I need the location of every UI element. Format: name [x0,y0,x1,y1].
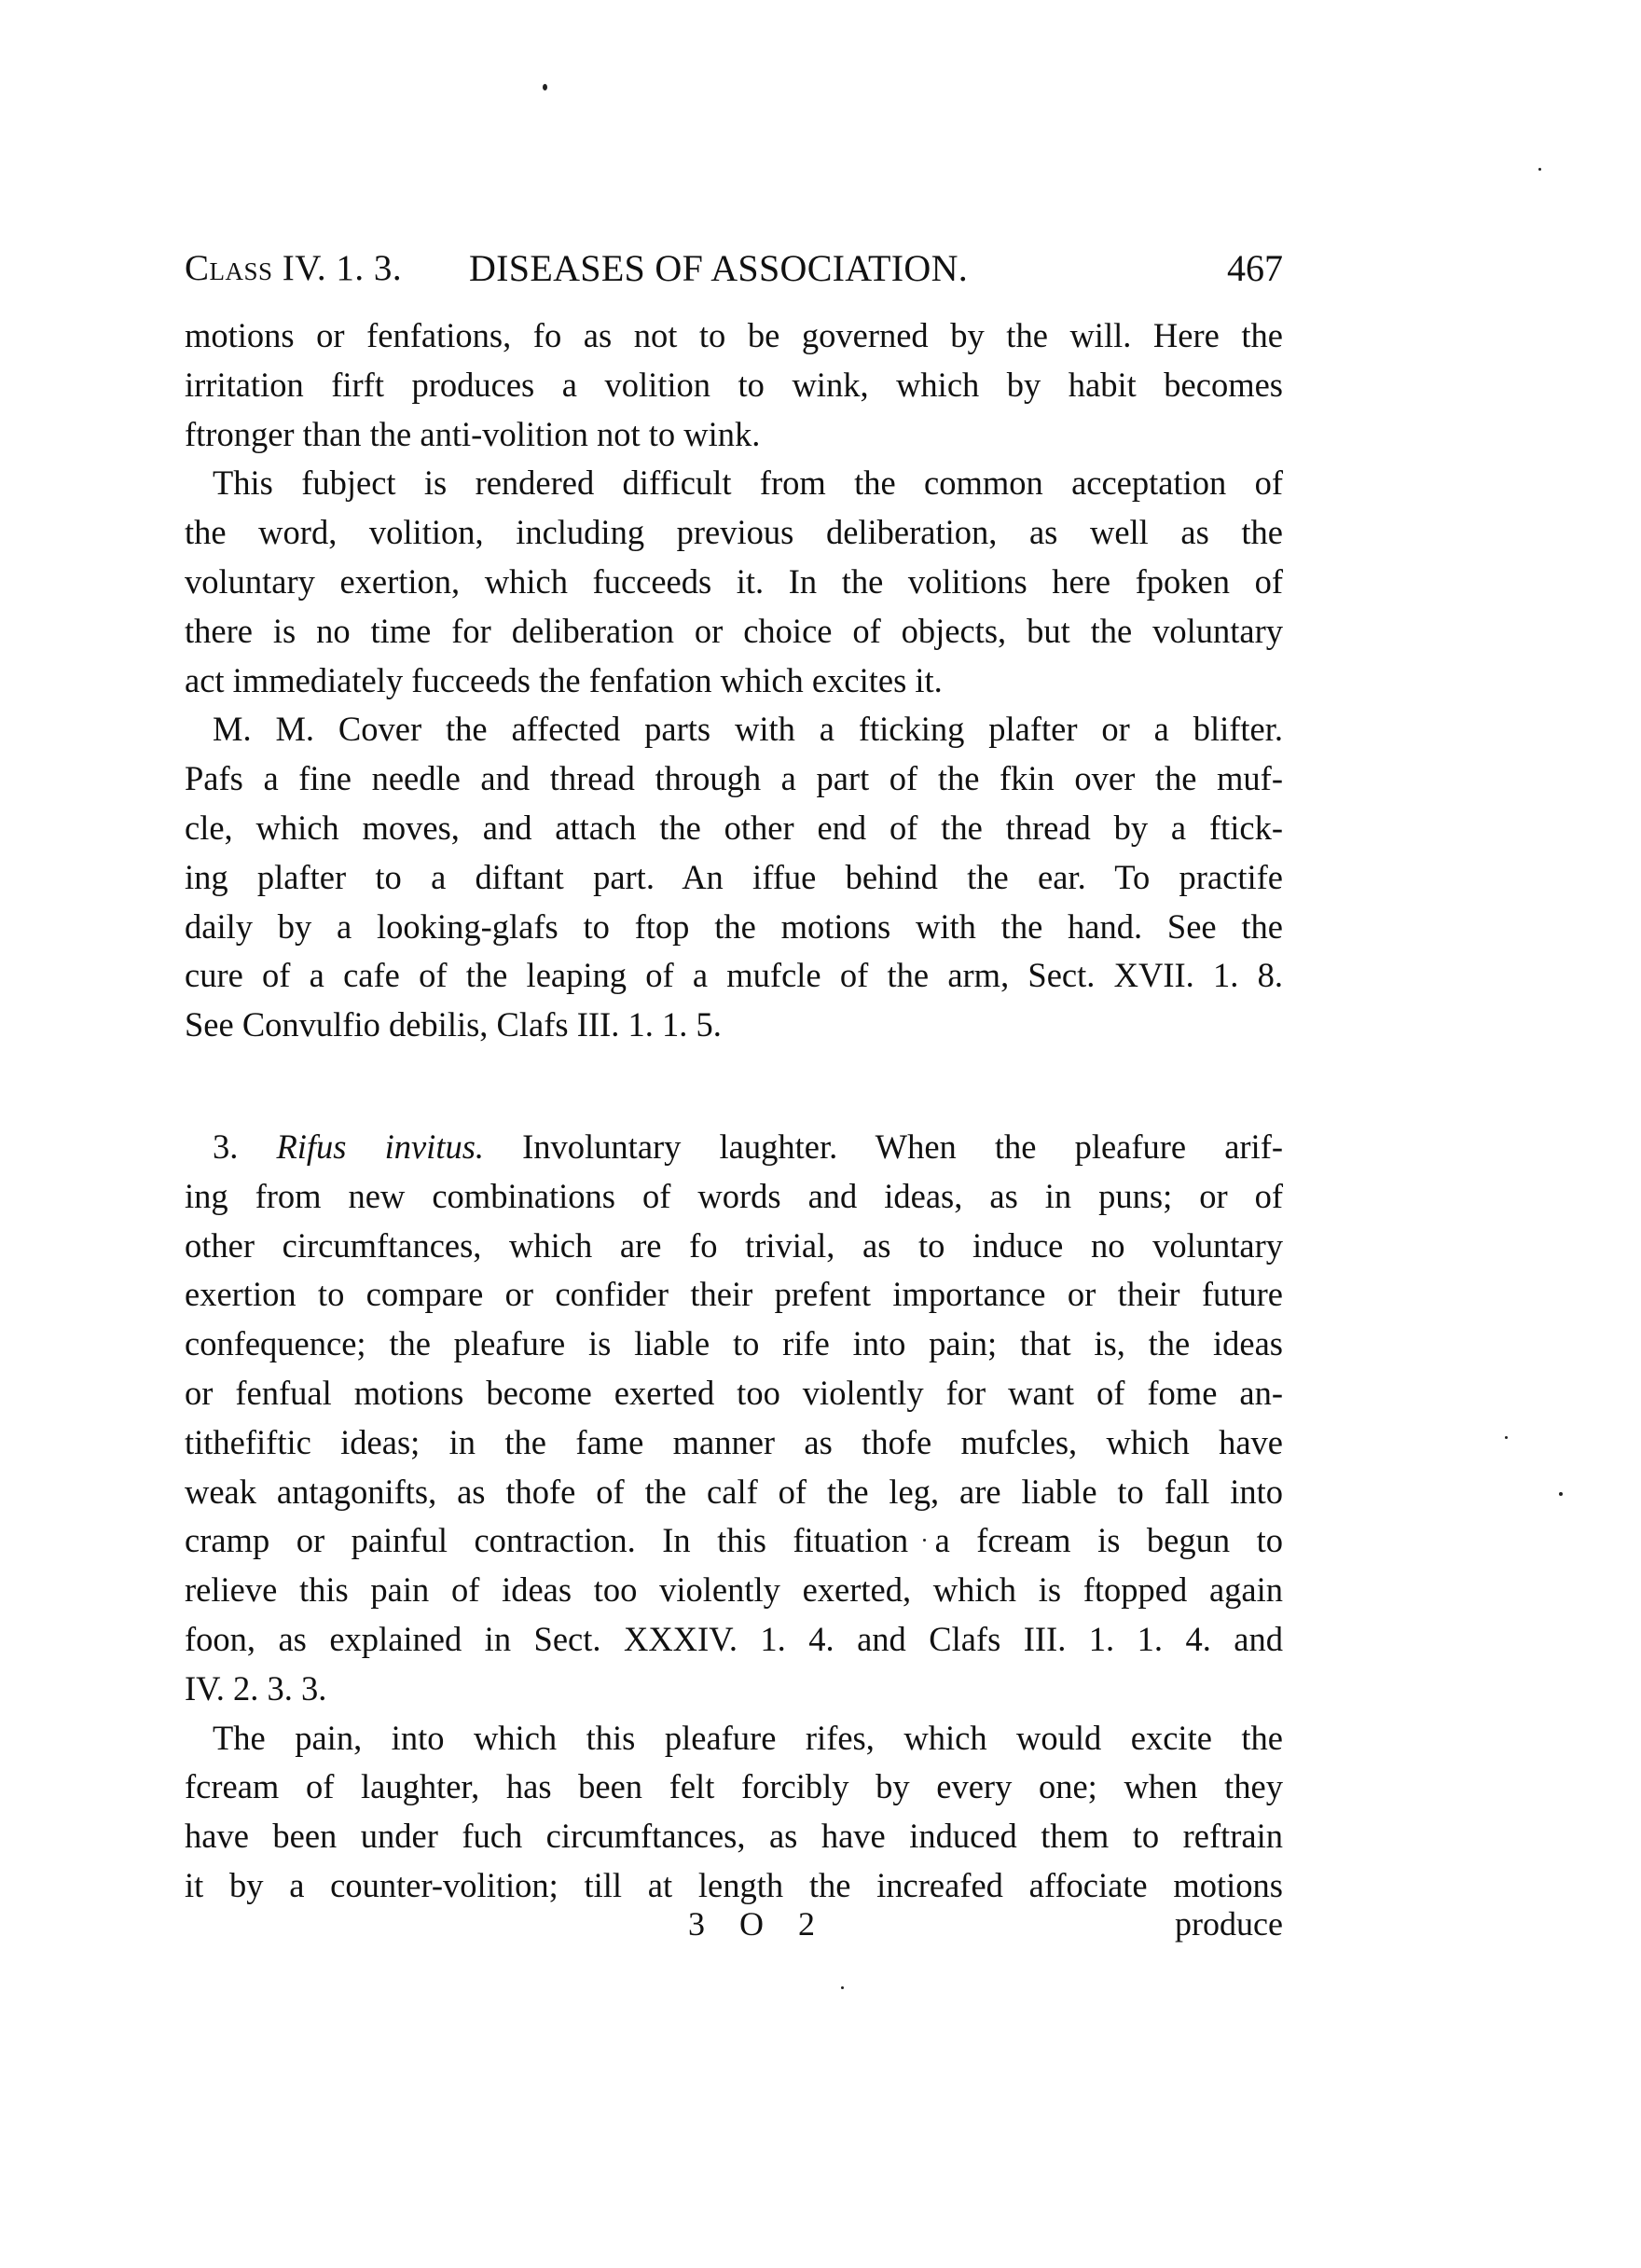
text-line: irritation firft produces a volition to … [185,361,1283,410]
text-line: ing from new combinations of words and i… [185,1172,1283,1222]
scan-speck [1559,1492,1563,1496]
text-line: See Convulfio debilis, Clafs III. 1. 1. … [185,1001,1283,1050]
text-line: the word, volition, including previous d… [185,508,1283,558]
text-line: ing plafter to a diftant part. An iffue … [185,853,1283,903]
text-line: ftronger than the anti-volition not to w… [185,410,1283,460]
text-line: confequence; the pleafure is liable to r… [185,1320,1283,1369]
catchword: produce [1175,1904,1283,1943]
text-line: or fenfual motions become exerted too vi… [185,1369,1283,1418]
text-line: other circumftances, which are fo trivia… [185,1222,1283,1271]
text-line: there is no time for deliberation or cho… [185,607,1283,657]
section-number: 3. [213,1127,238,1166]
text-line: daily by a looking-glafs to ftop the mot… [185,903,1283,952]
scan-speck [1505,1436,1508,1439]
paragraph: motions or fenfations, fo as not to be g… [185,311,1283,459]
text-line: IV. 2. 3. 3. [185,1665,1283,1714]
text-line: This fubject is rendered difficult from … [185,459,1283,508]
page-number: 467 [1227,241,1283,297]
text-line: voluntary exertion, which fucceeds it. I… [185,558,1283,607]
page-footer: 3 O 2 produce [185,1904,1283,1957]
printer-signature-mark: 3 O 2 [688,1904,828,1943]
text-line: tithefiftic ideas; in the fame manner as… [185,1418,1283,1468]
text-line: cle, which moves, and attach the other e… [185,804,1283,853]
latin-term: Rifus invitus. [276,1127,484,1166]
paragraph-method-of-medicine: M. M. Cover the affected parts with a ft… [185,705,1283,1050]
chapter-title: DISEASES OF ASSOCIATION. [469,241,968,297]
running-header: Class IV. 1. 3. DISEASES OF ASSOCIATION.… [185,241,1283,297]
paragraph: This fubject is rendered difficult from … [185,459,1283,705]
scan-speck [543,84,547,90]
scan-speck [923,1539,926,1542]
text-line: cure of a cafe of the leaping of a mufcl… [185,951,1283,1001]
text-line: Pafs a fine needle and thread through a … [185,754,1283,804]
text-line: M. M. Cover the affected parts with a ft… [185,705,1283,754]
text-line: motions or fenfations, fo as not to be g… [185,311,1283,361]
class-reference: Class IV. 1. 3. [185,241,402,297]
section-gap [185,1050,1283,1123]
text-line: relieve this pain of ideas too violently… [185,1566,1283,1615]
text-line: cramp or painful contraction. In this fi… [185,1516,1283,1566]
body-text: motions or fenfations, fo as not to be g… [185,311,1283,1911]
text-line: have been under fuch circumftances, as h… [185,1812,1283,1861]
paragraph: The pain, into which this pleafure rifes… [185,1714,1283,1911]
text-line: it by a counter-volition; till at length… [185,1861,1283,1911]
text-line: act immediately fucceeds the fenfation w… [185,657,1283,706]
text-line: 3. Rifus invitus. Involuntary laughter. … [185,1123,1283,1172]
text-line: fcream of laughter, has been felt forcib… [185,1763,1283,1812]
text-line: weak antagonifts, as thofe of the calf o… [185,1468,1283,1517]
scan-speck [1538,168,1541,171]
text-line: foon, as explained in Sect. XXXIV. 1. 4.… [185,1615,1283,1665]
paragraph-rifus-invitus: 3. Rifus invitus. Involuntary laughter. … [185,1123,1283,1714]
text-line: exertion to compare or confider their pr… [185,1270,1283,1320]
text-line: The pain, into which this pleafure rifes… [185,1714,1283,1763]
scan-speck [841,1986,844,1989]
